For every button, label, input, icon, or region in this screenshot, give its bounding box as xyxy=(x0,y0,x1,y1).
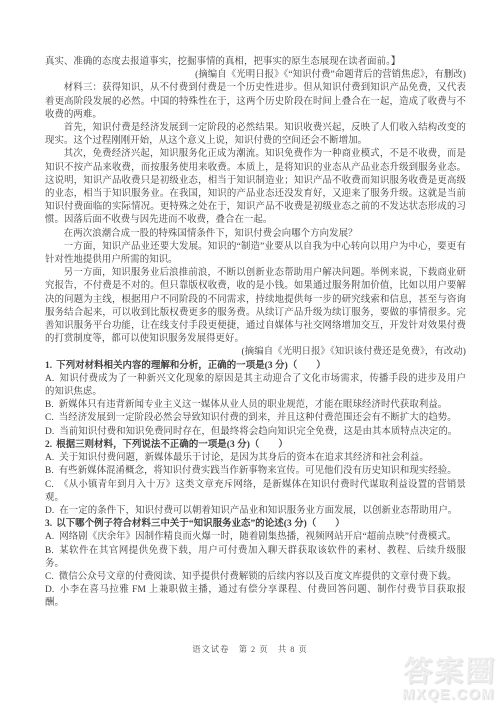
question-1-option-c: C.当经济发展到一定阶段必然会导致知识付费的到来，并且这种付费范围还会有不断扩大… xyxy=(45,412,466,425)
question-1-number: 1. xyxy=(45,361,52,371)
question-3-option-c: C.微信公众号文章的付费阅读、知乎提供付费解锁的后续内容以及百度文库提供的文章付… xyxy=(45,571,466,584)
option-text: 当经济发展到一定阶段必然会导致知识付费的到来，并且这种付费范围还会有不断扩大的趋… xyxy=(59,413,457,423)
option-label: A. xyxy=(45,532,54,542)
option-text: 知识付费成为了一种新兴文化现象的原因是其主动迎合了文化市场需求，传播手段的进步及… xyxy=(45,374,466,397)
question-2-option-d: D.在一定的条件下，知识付费可以朝着知识产品业和知识服务业方面发展，以创新业态帮… xyxy=(45,505,466,518)
material2-attribution: (摘编自《光明日报》《“知识付费”命题背后的营销焦虑》，有删改) xyxy=(45,69,466,82)
material3-paragraph-1: 材料三：获得知识，从不付费到付费是一个历史性进步。但从知识付费到知识产品免费，又… xyxy=(45,82,466,122)
option-text: 《从小镇青年到月入十万》这类文章充斥网络，是新媒体在知识付费时代谋取利益设置的营… xyxy=(45,480,466,503)
question-1-option-b: B.新媒体只有违背新闻专业主义这一媒体从业人员的职业规范，才能在眼球经济时代获取… xyxy=(45,399,466,412)
option-label: A. xyxy=(45,374,54,384)
material3-paragraph-3: 其次，免费经济兴起，知识服务化正成为潮流。知识免费作为一种商业模式，不是不收费，… xyxy=(45,148,466,227)
option-text: 有些新媒体混淆概念，将知识付费实践当作新事物来宣传。可见他们没有历史知识和现实经… xyxy=(59,466,457,476)
material3-paragraph-2: 首先，知识付费是经济发展到一定阶段的必然结果。知识收费兴起，反映了人们收入结构改… xyxy=(45,122,466,148)
question-2-option-b: B.有些新媒体混淆概念，将知识付费实践当作新事物来宣传。可见他们没有历史知识和现… xyxy=(45,465,466,478)
question-3-stem-text: 以下哪个例子符合材料三中关于“知识服务业态”的论述(3 分)（ ） xyxy=(56,519,345,529)
material3-paragraph-4: 在两次浪潮合成一股的特殊国情条件下，知识付费会向哪个方向发展？ xyxy=(45,228,466,241)
answer-circle-logo: 答案圈 xyxy=(403,658,498,687)
option-text: 微信公众号文章的付费阅读、知乎提供付费解锁的后续内容以及百度文库提供的文章付费下… xyxy=(59,572,457,582)
option-label: C. xyxy=(45,413,54,423)
option-text: 某软件在其官网提供免费下载，用户可付费加入聊天群获取该软件的素材、教程、后续升级… xyxy=(45,546,466,569)
question-2-option-c: C.《从小镇青年到月入十万》这类文章充斥网络，是新媒体在知识付费时代谋取利益设置… xyxy=(45,479,466,505)
option-text: 当前知识付费和知识免费同时存在，但最终将会趋向知识完全免费，这是由其本质特点决定… xyxy=(59,427,457,437)
question-2-stem: 2.根据三则材料，下列说法不正确的一项是(3 分)（ ） xyxy=(45,439,466,452)
material3-attribution: (摘编自《光明日报》《知识该付费还是免费》，有改动) xyxy=(45,346,466,359)
option-label: D. xyxy=(45,506,54,516)
question-2-number: 2. xyxy=(45,440,52,450)
option-label: D. xyxy=(45,427,54,437)
option-label: D. xyxy=(45,585,54,595)
question-3-option-a: A.网络剧《庆余年》因制作精良而火爆一时，随着剧集热播，视频网站开启“超前点映”… xyxy=(45,531,466,544)
watermark: 答案圈 MXQE.COM xyxy=(402,658,497,703)
question-2-stem-text: 根据三则材料，下列说法不正确的一项是(3 分)（ ） xyxy=(56,440,288,450)
watermark-domain-text: MXQE.COM xyxy=(402,687,496,703)
option-label: B. xyxy=(45,466,54,476)
question-3-number: 3. xyxy=(45,519,52,529)
option-label: B. xyxy=(45,546,54,556)
question-1-option-a: A.知识付费成为了一种新兴文化现象的原因是其主动迎合了文化市场需求，传播手段的进… xyxy=(45,373,466,399)
option-label: A. xyxy=(45,453,54,463)
option-text: 小李在喜马拉雅 FM 上兼职做主播，通过有偿分享课程、付费回答问题、制作付费节目… xyxy=(45,585,466,608)
question-1-stem: 1.下列对材料相关内容的理解和分析，正确的一项是(3 分)（ ） xyxy=(45,360,466,373)
option-text: 新媒体只有违背新闻专业主义这一媒体从业人员的职业规范，才能在眼球经济时代获取利益… xyxy=(59,400,447,410)
option-text: 在一定的条件下，知识付费可以朝着知识产品业和知识服务业方面发展，以创新业态帮助用… xyxy=(59,506,457,516)
material3-paragraph-5: 一方面，知识产品业还要大发展。知识的“制造”业要从以自我为中心转向以用户为中心，… xyxy=(45,241,466,267)
page-footer: 语文试卷 第 2 页 共 8 页 xyxy=(0,643,500,655)
option-text: 关于知识付费问题，新媒体最乐于讨论，是因为其身后的资本在追求其经济和社会利益。 xyxy=(59,453,429,463)
question-1-option-d: D.当前知识付费和知识免费同时存在，但最终将会趋向知识完全免费，这是由其本质特点… xyxy=(45,426,466,439)
question-1-stem-text: 下列对材料相关内容的理解和分析，正确的一项是(3 分)（ ） xyxy=(56,361,326,371)
exam-body-text: 真实、准确的态度去报道事实，挖掘事情的真相，把事实的原生态展现在读者面前。】 (… xyxy=(45,56,466,611)
question-3-option-d: D.小李在喜马拉雅 FM 上兼职做主播，通过有偿分享课程、付费回答问题、制作付费… xyxy=(45,584,466,610)
question-3-option-b: B.某软件在其官网提供免费下载，用户可付费加入聊天群获取该软件的素材、教程、后续… xyxy=(45,545,466,571)
material3-paragraph-6: 另一方面，知识服务业后浪推前浪，不断以创新业态帮助用户解决问题。举例来说，下载商… xyxy=(45,267,466,346)
option-label: C. xyxy=(45,480,54,490)
option-label: B. xyxy=(45,400,54,410)
question-3-stem: 3.以下哪个例子符合材料三中关于“知识服务业态”的论述(3 分)（ ） xyxy=(45,518,466,531)
material2-tail-line: 真实、准确的态度去报道事实，挖掘事情的真相，把事实的原生态展现在读者面前。】 xyxy=(45,56,466,69)
question-2-option-a: A.关于知识付费问题，新媒体最乐于讨论，是因为其身后的资本在追求其经济和社会利益… xyxy=(45,452,466,465)
exam-page: 真实、准确的态度去报道事实，挖掘事情的真相，把事实的原生态展现在读者面前。】 (… xyxy=(0,0,500,707)
option-text: 网络剧《庆余年》因制作精良而火爆一时，随着剧集热播，视频网站开启“超前点映”付费… xyxy=(59,532,456,542)
option-label: C. xyxy=(45,572,54,582)
